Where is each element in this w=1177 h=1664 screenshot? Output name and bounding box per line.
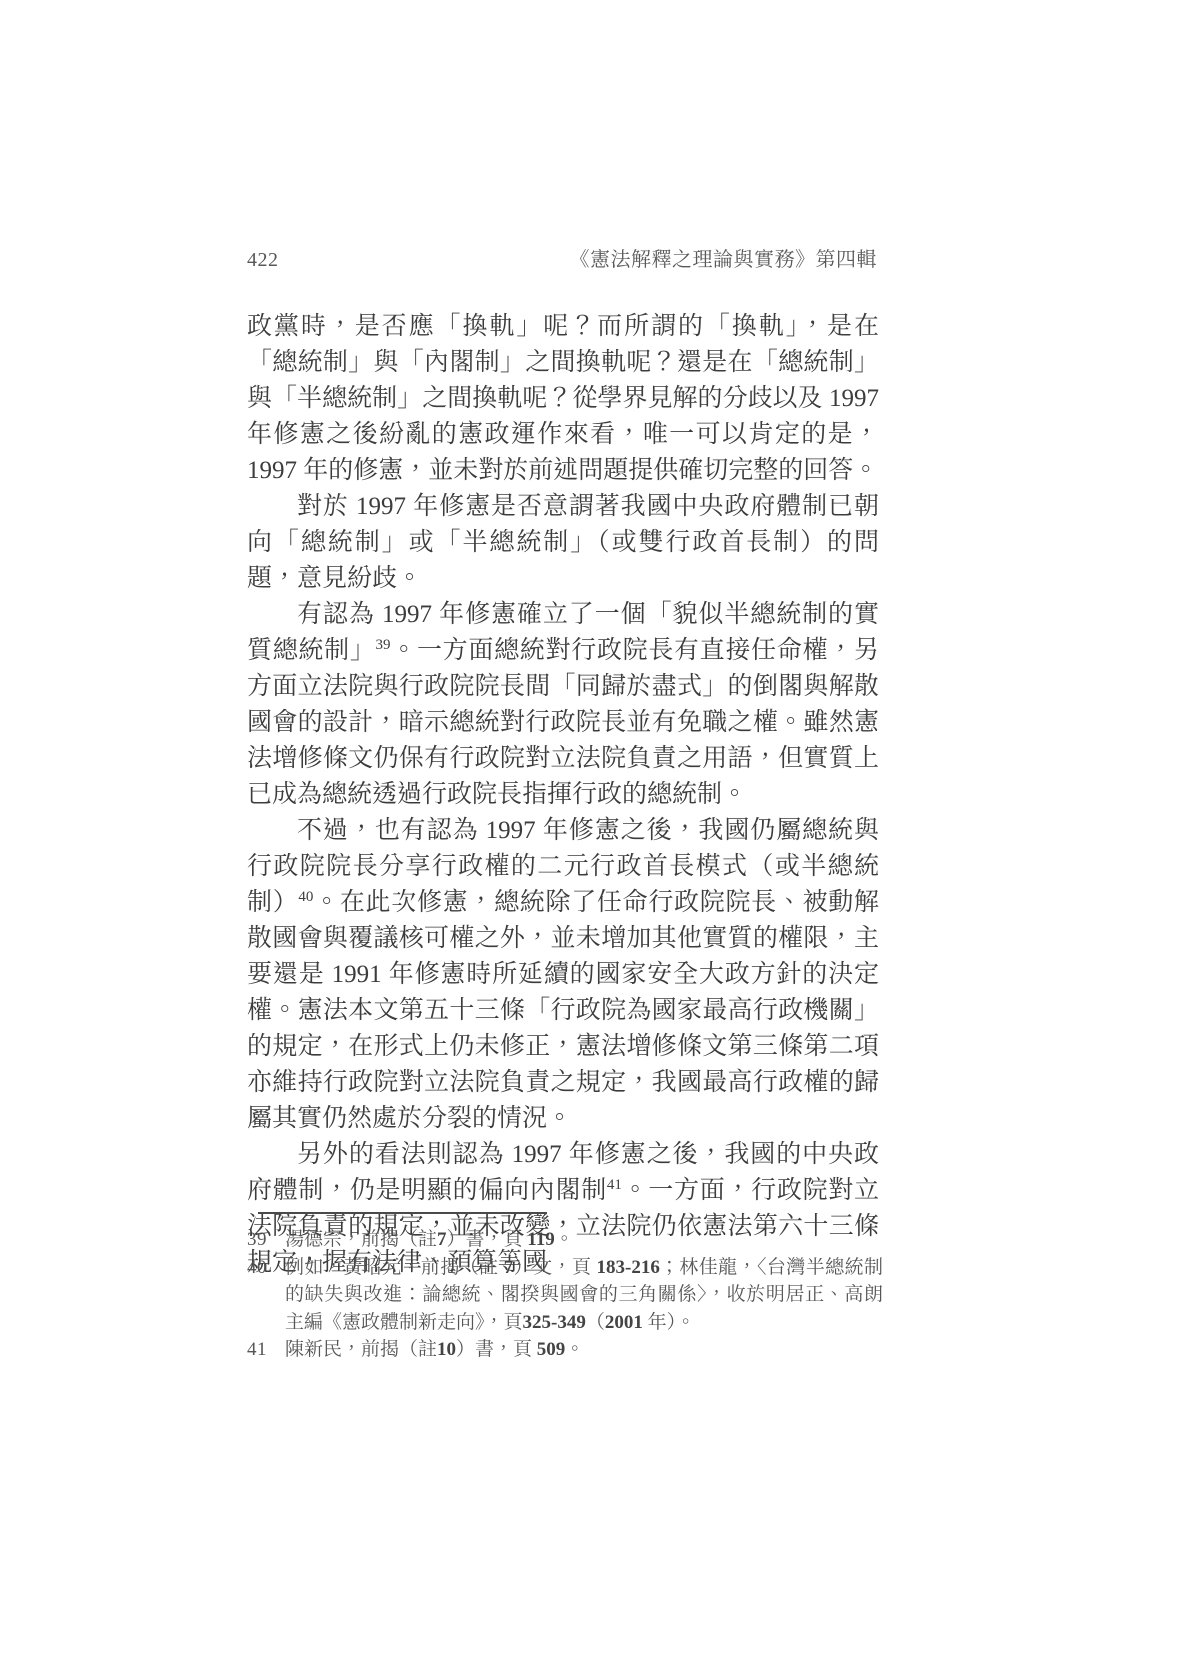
text-run: 陳新民，前揭（註 <box>285 1339 437 1360</box>
emphasized-number: 119 <box>527 1229 554 1250</box>
emphasized-number: 2001 <box>605 1312 643 1333</box>
footnote-number: 40 <box>247 1254 285 1282</box>
footnote-reference: 39 <box>376 637 391 653</box>
text-run: ）文，頁 <box>513 1257 596 1278</box>
text-run: 。在此次修憲，總統除了任命行政院院長、被動解散國會與覆議核可權之外，並未增加其他… <box>247 889 879 1132</box>
emphasized-number: 10 <box>437 1339 456 1360</box>
footnote: 39湯德宗，前揭（註7）書，頁 119。 <box>247 1226 883 1254</box>
emphasized-number: 325-349 <box>523 1312 586 1333</box>
text-run: 政黨時，是否應「換軌」呢？而所謂的「換軌」，是在「總統制」與「內閣制」之間換軌呢… <box>247 313 879 484</box>
footnote: 40例如，黃昭元，前揭（註 7）文，頁 183-216；林佳龍，〈台灣半總統制的… <box>247 1254 883 1337</box>
footnote-text: 例如，黃昭元，前揭（註 7）文，頁 183-216；林佳龍，〈台灣半總統制的缺失… <box>285 1254 883 1337</box>
running-title: 《憲法解釋之理論與實務》第四輯 <box>570 243 878 272</box>
footnote-separator <box>258 1212 547 1214</box>
emphasized-number: 183-216 <box>597 1257 660 1278</box>
text-run: ）書，頁 <box>456 1339 537 1360</box>
page-number: 422 <box>247 249 279 272</box>
text-run: 例如，黃昭元，前揭（註 <box>285 1257 504 1278</box>
text-run: 。 <box>555 1229 574 1250</box>
footnote-reference: 41 <box>607 1177 622 1193</box>
text-run: 湯德宗，前揭（註 <box>285 1229 437 1250</box>
footnote-reference: 40 <box>298 889 313 905</box>
footnote-number: 41 <box>247 1336 285 1364</box>
paragraph: 不過，也有認為 1997 年修憲之後，我國仍屬總統與行政院院長分享行政權的二元行… <box>247 813 879 1137</box>
footnote-text: 陳新民，前揭（註10）書，頁 509。 <box>285 1336 883 1364</box>
emphasized-number: 7 <box>504 1257 514 1278</box>
emphasized-number: 509 <box>537 1339 566 1360</box>
footnote-text: 湯德宗，前揭（註7）書，頁 119。 <box>285 1226 883 1254</box>
paragraph: 對於 1997 年修憲是否意謂著我國中央政府體制已朝向「總統制」或「半總統制」（… <box>247 489 879 597</box>
text-run: （ <box>586 1312 605 1333</box>
emphasized-number: 7 <box>437 1229 447 1250</box>
paragraph: 有認為 1997 年修憲確立了一個「貌似半總統制的實質總統制」39。一方面總統對… <box>247 597 879 813</box>
footnotes: 39湯德宗，前揭（註7）書，頁 119。40例如，黃昭元，前揭（註 7）文，頁 … <box>247 1226 883 1364</box>
paragraph: 政黨時，是否應「換軌」呢？而所謂的「換軌」，是在「總統制」與「內閣制」之間換軌呢… <box>247 309 879 489</box>
text-run: ）書，頁 <box>447 1229 528 1250</box>
footnote-number: 39 <box>247 1226 285 1254</box>
text-run: 年）。 <box>643 1312 695 1333</box>
document-page: 422 《憲法解釋之理論與實務》第四輯 政黨時，是否應「換軌」呢？而所謂的「換軌… <box>0 0 1177 1664</box>
text-run: 對於 1997 年修憲是否意謂著我國中央政府體制已朝向「總統制」或「半總統制」（… <box>247 493 879 592</box>
text-run: 。 <box>565 1339 584 1360</box>
footnote: 41陳新民，前揭（註10）書，頁 509。 <box>247 1336 883 1364</box>
page-header: 422 《憲法解釋之理論與實務》第四輯 <box>247 243 877 272</box>
body-text: 政黨時，是否應「換軌」呢？而所謂的「換軌」，是在「總統制」與「內閣制」之間換軌呢… <box>247 309 879 1281</box>
